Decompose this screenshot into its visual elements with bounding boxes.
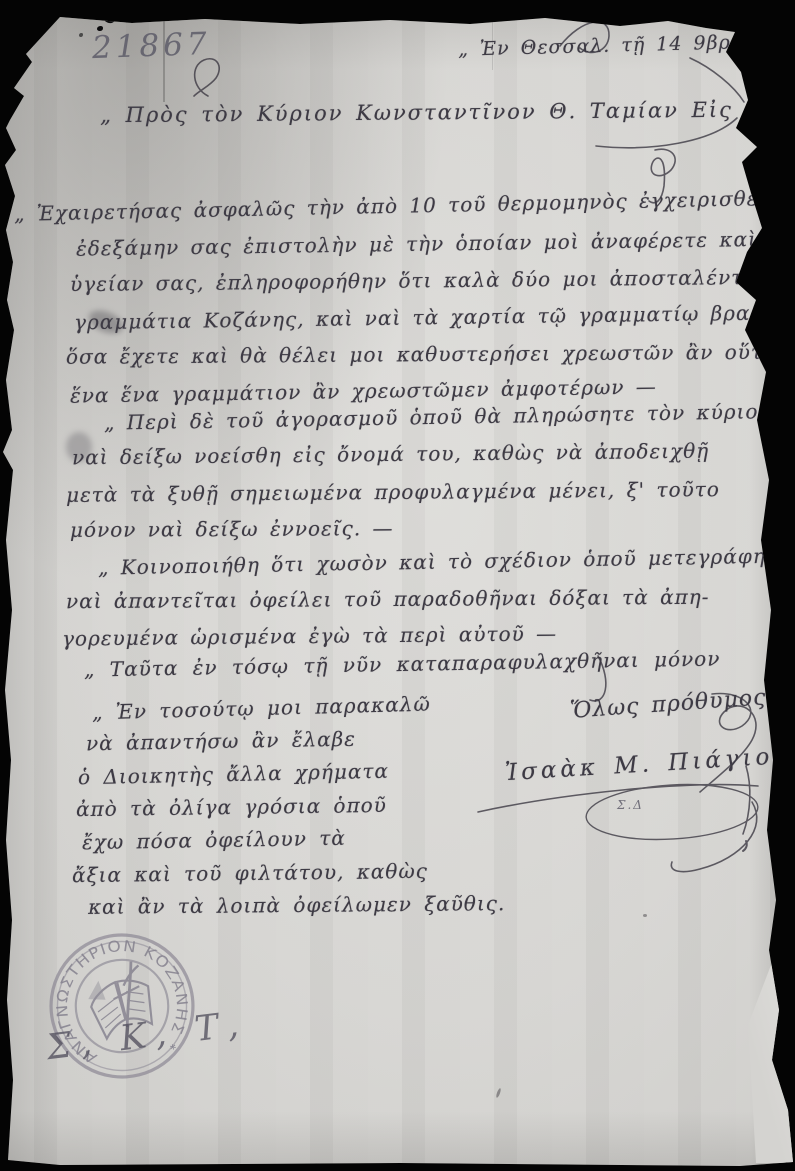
handwritten-line: ὅσα ἔχετε καὶ θὰ θέλει μοι καθυστερήσει …	[66, 339, 795, 368]
closing-valediction: Ὅλως πρόθυμος	[569, 685, 767, 724]
kozani-reading-room-stamp: ΑΝΑΓΝΩΣΤΗΡΙΟΝ ΚΟΖΑΝΗΣ *	[18, 902, 227, 1111]
recipient-address: „ Πρὸς τὸν Κύριον Κωνσταντῖνον Θ. Ταμίαν…	[100, 97, 795, 128]
handwritten-line: „ Ἐχαιρετήσας ἀσφαλῶς τὴν ἀπὸ 10 τοῦ θερ…	[14, 184, 795, 226]
ink-blot	[86, 8, 101, 19]
handwritten-line: ἔχω πόσα ὀφείλουν τὰ	[82, 826, 346, 855]
signature-oval-note: Σ.Δ	[617, 798, 644, 812]
signature: Ἰσαὰκ Μ. Πιάγιο	[504, 744, 774, 786]
handwritten-line: μόνον ναὶ δείξω ἐννοεῖς. —	[70, 516, 394, 542]
handwritten-line: ὁ Διοικητὴς ἄλλα χρήματα	[78, 759, 389, 790]
flourish-stroke	[194, 59, 219, 96]
handwritten-line: ὑγείαν σας, ἐπληροφορήθην ὅτι καλὰ δύο μ…	[70, 264, 795, 296]
ink-smudge	[643, 914, 647, 917]
handwritten-line: νὰ ἀπαντήσω ἂν ἔλαβε	[86, 727, 356, 756]
handwritten-line: „ Κοινοποιήθη ὅτι χωσὸν καὶ τὸ σχέδιον ὁ…	[98, 542, 795, 579]
flourish-stroke	[671, 802, 756, 872]
handwritten-line: „ Ἐν τοσούτῳ μοι παρακαλῶ	[92, 692, 431, 725]
ink-blot	[103, 12, 117, 25]
flourish-stroke	[743, 841, 747, 851]
handwritten-line: „ Ταῦτα ἐν τόσῳ τῇ νῦν καταπαραφυλαχθῆνα…	[84, 646, 721, 681]
paper-fold	[748, 905, 795, 1163]
handwritten-line: ναὶ ἀπαντεῖται ὀφείλει τοῦ παραδοθῆναι δ…	[66, 585, 710, 613]
handwritten-line: ἐδεξάμην σας ἐπιστολὴν μὲ τὴν ὁποίαν μοὶ…	[76, 225, 795, 260]
handwritten-line: ἄξια καὶ τοῦ φιλτάτου, καθὼς	[72, 859, 428, 887]
dateline: „ Ἐν Θεσσαλ. τῇ 14 9βρίου 18..	[458, 29, 795, 60]
ink-blot	[117, 5, 125, 18]
ink-blot	[79, 33, 83, 37]
ink-smudge	[495, 1088, 501, 1098]
archive-number: 21867	[91, 26, 211, 66]
scan-background: 21867 „ Ἐν Θεσσαλ. τῇ 14 9βρίου 18.. „ Π…	[0, 0, 795, 1171]
handwritten-line: μετὰ τὰ ξυθῇ σημειωμένα προφυλαγμένα μέν…	[66, 477, 720, 507]
flourish-stroke	[690, 58, 744, 102]
handwritten-line: γορευμένα ὡρισμένα ἐγὼ τὰ περὶ αὐτοῦ —	[62, 621, 557, 650]
document-paper: 21867 „ Ἐν Θεσσαλ. τῇ 14 9βρίου 18.. „ Π…	[0, 0, 795, 1171]
flourish-oval	[585, 780, 760, 844]
handwritten-line: ἀπὸ τὰ ὀλίγα γρόσια ὁποῦ	[76, 793, 387, 821]
handwritten-line: γραμμάτια Κοζάνης, καὶ ναὶ τὰ χαρτία τῷ …	[74, 300, 795, 335]
handwritten-line: ναὶ δείξω νοείσθη εἰς ὄνομά του, καθὼς ν…	[72, 439, 709, 470]
flourish-stroke	[743, 766, 750, 834]
